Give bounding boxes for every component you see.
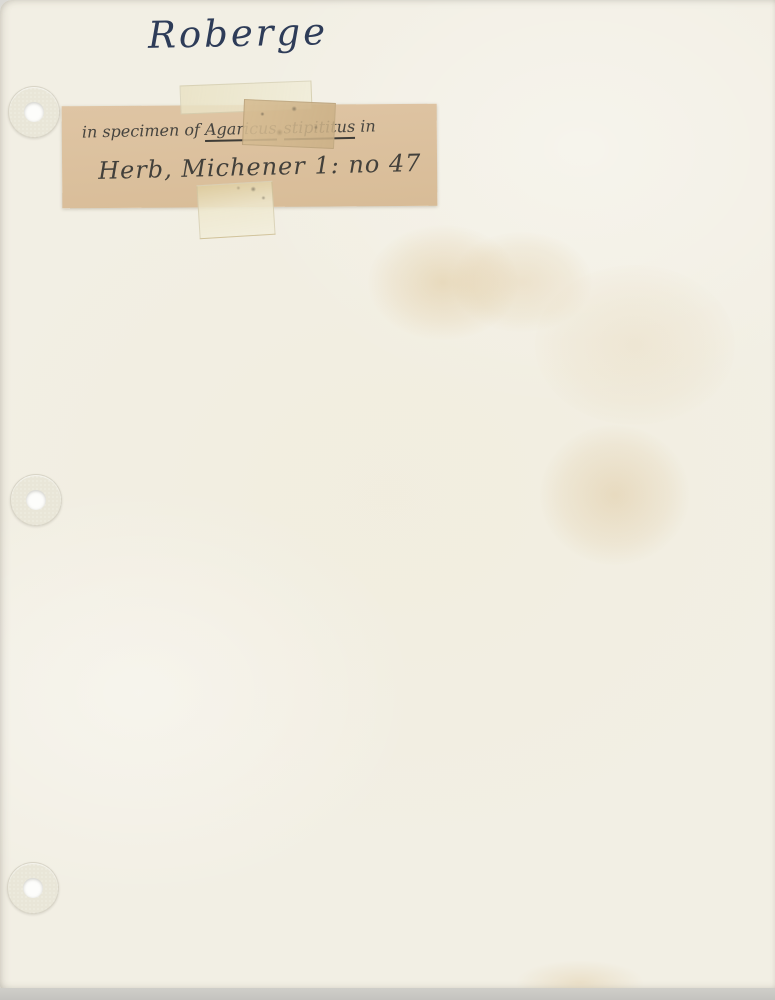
label-text-suffix: in bbox=[355, 116, 376, 135]
scanner-background: Roberge in specimen of Agaricusstipititu… bbox=[0, 0, 775, 1000]
paper-stain bbox=[540, 425, 690, 565]
paper-stain bbox=[368, 225, 518, 340]
label-genus-underlined: Agaricus bbox=[205, 119, 277, 142]
label-epithet-underlined: stipititus bbox=[283, 117, 355, 140]
scanner-edge-shadow bbox=[0, 988, 775, 1000]
label-text-line2: Herb, Michener 1: no 47 bbox=[98, 149, 422, 185]
punched-hole bbox=[26, 490, 46, 510]
label-text-line1: in specimen of Agaricusstipititus in bbox=[82, 115, 427, 141]
punched-hole bbox=[23, 878, 43, 898]
scanned-notebook-page: Roberge in specimen of Agaricusstipititu… bbox=[0, 0, 775, 990]
handwritten-name-annotation: Roberge bbox=[148, 10, 329, 57]
paper-stain bbox=[452, 232, 592, 332]
paper-stain bbox=[535, 265, 735, 425]
binder-hole-reinforcement-bottom bbox=[7, 862, 59, 914]
binder-hole-reinforcement-middle bbox=[10, 474, 62, 526]
label-text-prefix: in specimen of bbox=[82, 120, 206, 142]
punched-hole bbox=[24, 102, 44, 122]
specimen-label: in specimen of Agaricusstipititus in Her… bbox=[62, 104, 438, 209]
binder-hole-reinforcement-top bbox=[8, 86, 60, 138]
